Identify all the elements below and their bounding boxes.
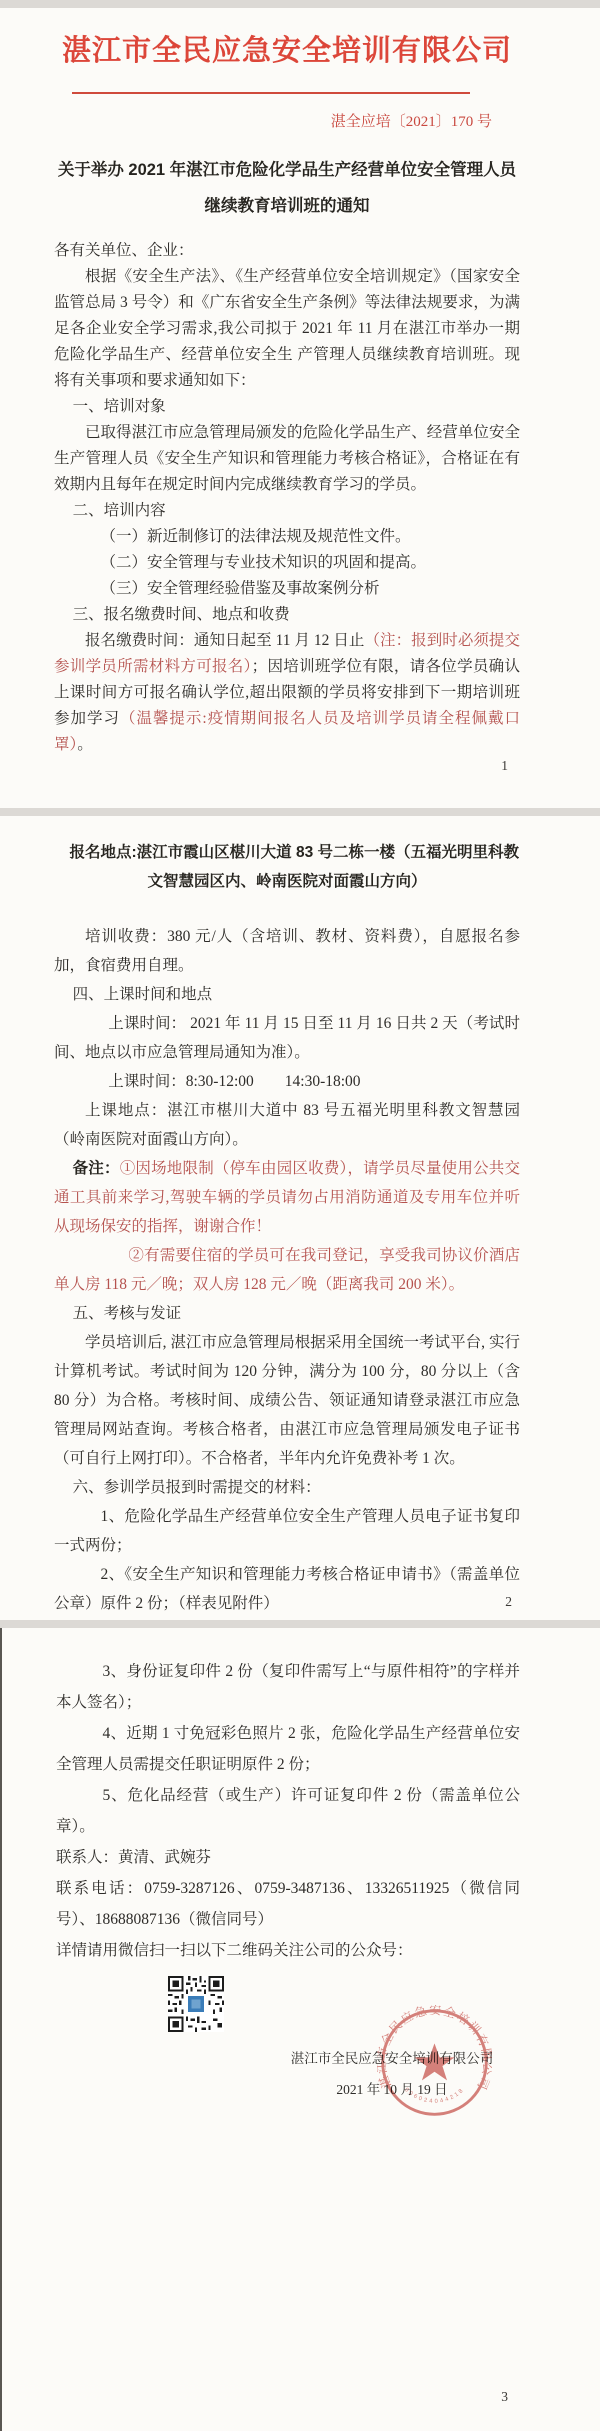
page-1: 湛江市全民应急安全培训有限公司 湛全应培〔2021〕170 号 关于举办 202… <box>0 8 600 808</box>
registration-address-line1: 报名地点:湛江市霞山区椹川大道 83 号二栋一楼（五福光明里科教 <box>54 838 520 867</box>
section6-heading: 六、参训学员报到时需提交的材料： <box>54 1473 520 1502</box>
document-number: 湛全应培〔2021〕170 号 <box>54 112 520 132</box>
intro-paragraph: 根据《安全生产法》、《生产经营单位安全培训规定》（国家安全监管总局 3 号令）和… <box>54 264 520 394</box>
material-item-2: 2、《安全生产知识和管理能力考核合格证申请书》（需盖单位公章）原件 2 份；（样… <box>54 1560 520 1618</box>
section5-heading: 五、考核与发证 <box>54 1299 520 1328</box>
page-number-1: 1 <box>501 758 508 774</box>
material-item-5: 5、危化品经营（或生产）许可证复印件 2 份（需盖单位公章）。 <box>56 1780 520 1842</box>
material-item-4: 4、近期 1 寸免冠彩色照片 2 张，危险化学品生产经营单位安全管理人员需提交任… <box>56 1718 520 1780</box>
page-number-3: 3 <box>501 2389 508 2405</box>
section2-item1: （一）新近制修订的法律法规及规范性文件。 <box>54 524 520 550</box>
note-paragraph-2: ②有需要住宿的学员可在我司登记，享受我司协议价酒店单人房 118 元／晚；双人房… <box>54 1241 520 1299</box>
svg-text:006024044218: 006024044218 <box>403 2087 466 2105</box>
contact-person: 联系人：黄清、武婉芬 <box>56 1842 520 1873</box>
note1-text: ①因场地限制（停车由园区收费），请学员尽量使用公共交通工具前来学习,驾驶车辆的学… <box>54 1160 520 1235</box>
page-number-2: 2 <box>505 1594 512 1610</box>
seal-star-icon <box>414 2043 454 2080</box>
letterhead-divider <box>72 92 470 94</box>
registration-address: 报名地点:湛江市霞山区椹川大道 83 号二栋一楼（五福光明里科教 文智慧园区内、… <box>54 838 520 896</box>
registration-address-line2: 文智慧园区内、岭南医院对面霞山方向） <box>54 867 520 896</box>
scanned-notice-document: 湛江市全民应急安全培训有限公司 湛全应培〔2021〕170 号 关于举办 202… <box>0 0 600 2431</box>
training-fee: 培训收费：380 元/人（含培训、教材、资料费），自愿报名参加，食宿费用自理。 <box>54 922 520 980</box>
salutation: 各有关单位、企业： <box>54 238 520 264</box>
section2-item3: （三）安全管理经验借鉴及事故案例分析 <box>54 576 520 602</box>
notice-title-line2: 继续教育培训班的通知 <box>54 188 520 224</box>
page-3: 3、身份证复印件 2 份（复印件需写上“与原件相符”的字样并本人签名）； 4、近… <box>0 1628 600 2431</box>
section2-heading: 二、培训内容 <box>54 498 520 524</box>
note-label: 备注： <box>73 1160 120 1177</box>
notice-title: 关于举办 2021 年湛江市危险化学品生产经营单位安全管理人员 继续教育培训班的… <box>54 152 520 224</box>
class-days: 上课时间： 2021 年 11 月 15 日至 11 月 16 日共 2 天（考… <box>54 1009 520 1067</box>
class-hours: 上课时间：8:30-12:00 14:30-18:00 <box>54 1067 520 1096</box>
reg-time-text: 报名缴费时间：通知日起至 11 月 12 日止 <box>85 632 364 649</box>
section1-heading: 一、培训对象 <box>54 394 520 420</box>
reg-time-period: 。 <box>77 736 93 753</box>
material-item-3: 3、身份证复印件 2 份（复印件需写上“与原件相符”的字样并本人签名）； <box>56 1656 520 1718</box>
section3-heading: 三、报名缴费时间、地点和收费 <box>54 602 520 628</box>
qr-caption: 详情请用微信扫一扫以下二维码关注公司的公众号： <box>56 1935 520 1966</box>
qr-code <box>168 1976 224 2032</box>
page-2: 报名地点:湛江市霞山区椹川大道 83 号二栋一楼（五福光明里科教 文智慧园区内、… <box>0 816 600 1620</box>
notice-title-line1: 关于举办 2021 年湛江市危险化学品生产经营单位安全管理人员 <box>54 152 520 188</box>
seal-serial: 006024044218 <box>403 2087 466 2105</box>
reg-time-red-tip: （温馨提示:疫情期间报名人员及培训学员请全程佩戴口罩） <box>54 710 520 753</box>
class-place: 上课地点：湛江市椹川大道中 83 号五福光明里科教文智慧园（岭南医院对面霞山方向… <box>54 1096 520 1154</box>
section1-body: 已取得湛江市应急管理局颁发的危险化学品生产、经营单位安全生产管理人员《安全生产知… <box>54 420 520 498</box>
note-paragraph-1: 备注：①因场地限制（停车由园区收费），请学员尽量使用公共交通工具前来学习,驾驶车… <box>54 1154 520 1241</box>
contact-phone: 联系电话：0759-3287126、0759-3487136、133265119… <box>56 1873 520 1935</box>
section4-heading: 四、上课时间和地点 <box>54 980 520 1009</box>
section2-item2: （二）安全管理与专业技术知识的巩固和提高。 <box>54 550 520 576</box>
page1-body: 各有关单位、企业： 根据《安全生产法》、《生产经营单位安全培训规定》（国家安全监… <box>54 238 520 758</box>
registration-time-paragraph: 报名缴费时间：通知日起至 11 月 12 日止（注：报到时必须提交参训学员所需材… <box>54 628 520 758</box>
material-item-1: 1、危险化学品生产经营单位安全生产管理人员电子证书复印一式两份； <box>54 1502 520 1560</box>
section5-body: 学员培训后, 湛江市应急管理局根据采用全国统一考试平台, 实行计算机考试。考试时… <box>54 1328 520 1473</box>
company-seal: 湛江市全民应急安全培训有限公司 006024044218 <box>377 2005 492 2120</box>
letterhead-company-name: 湛江市全民应急安全培训有限公司 <box>54 34 520 68</box>
